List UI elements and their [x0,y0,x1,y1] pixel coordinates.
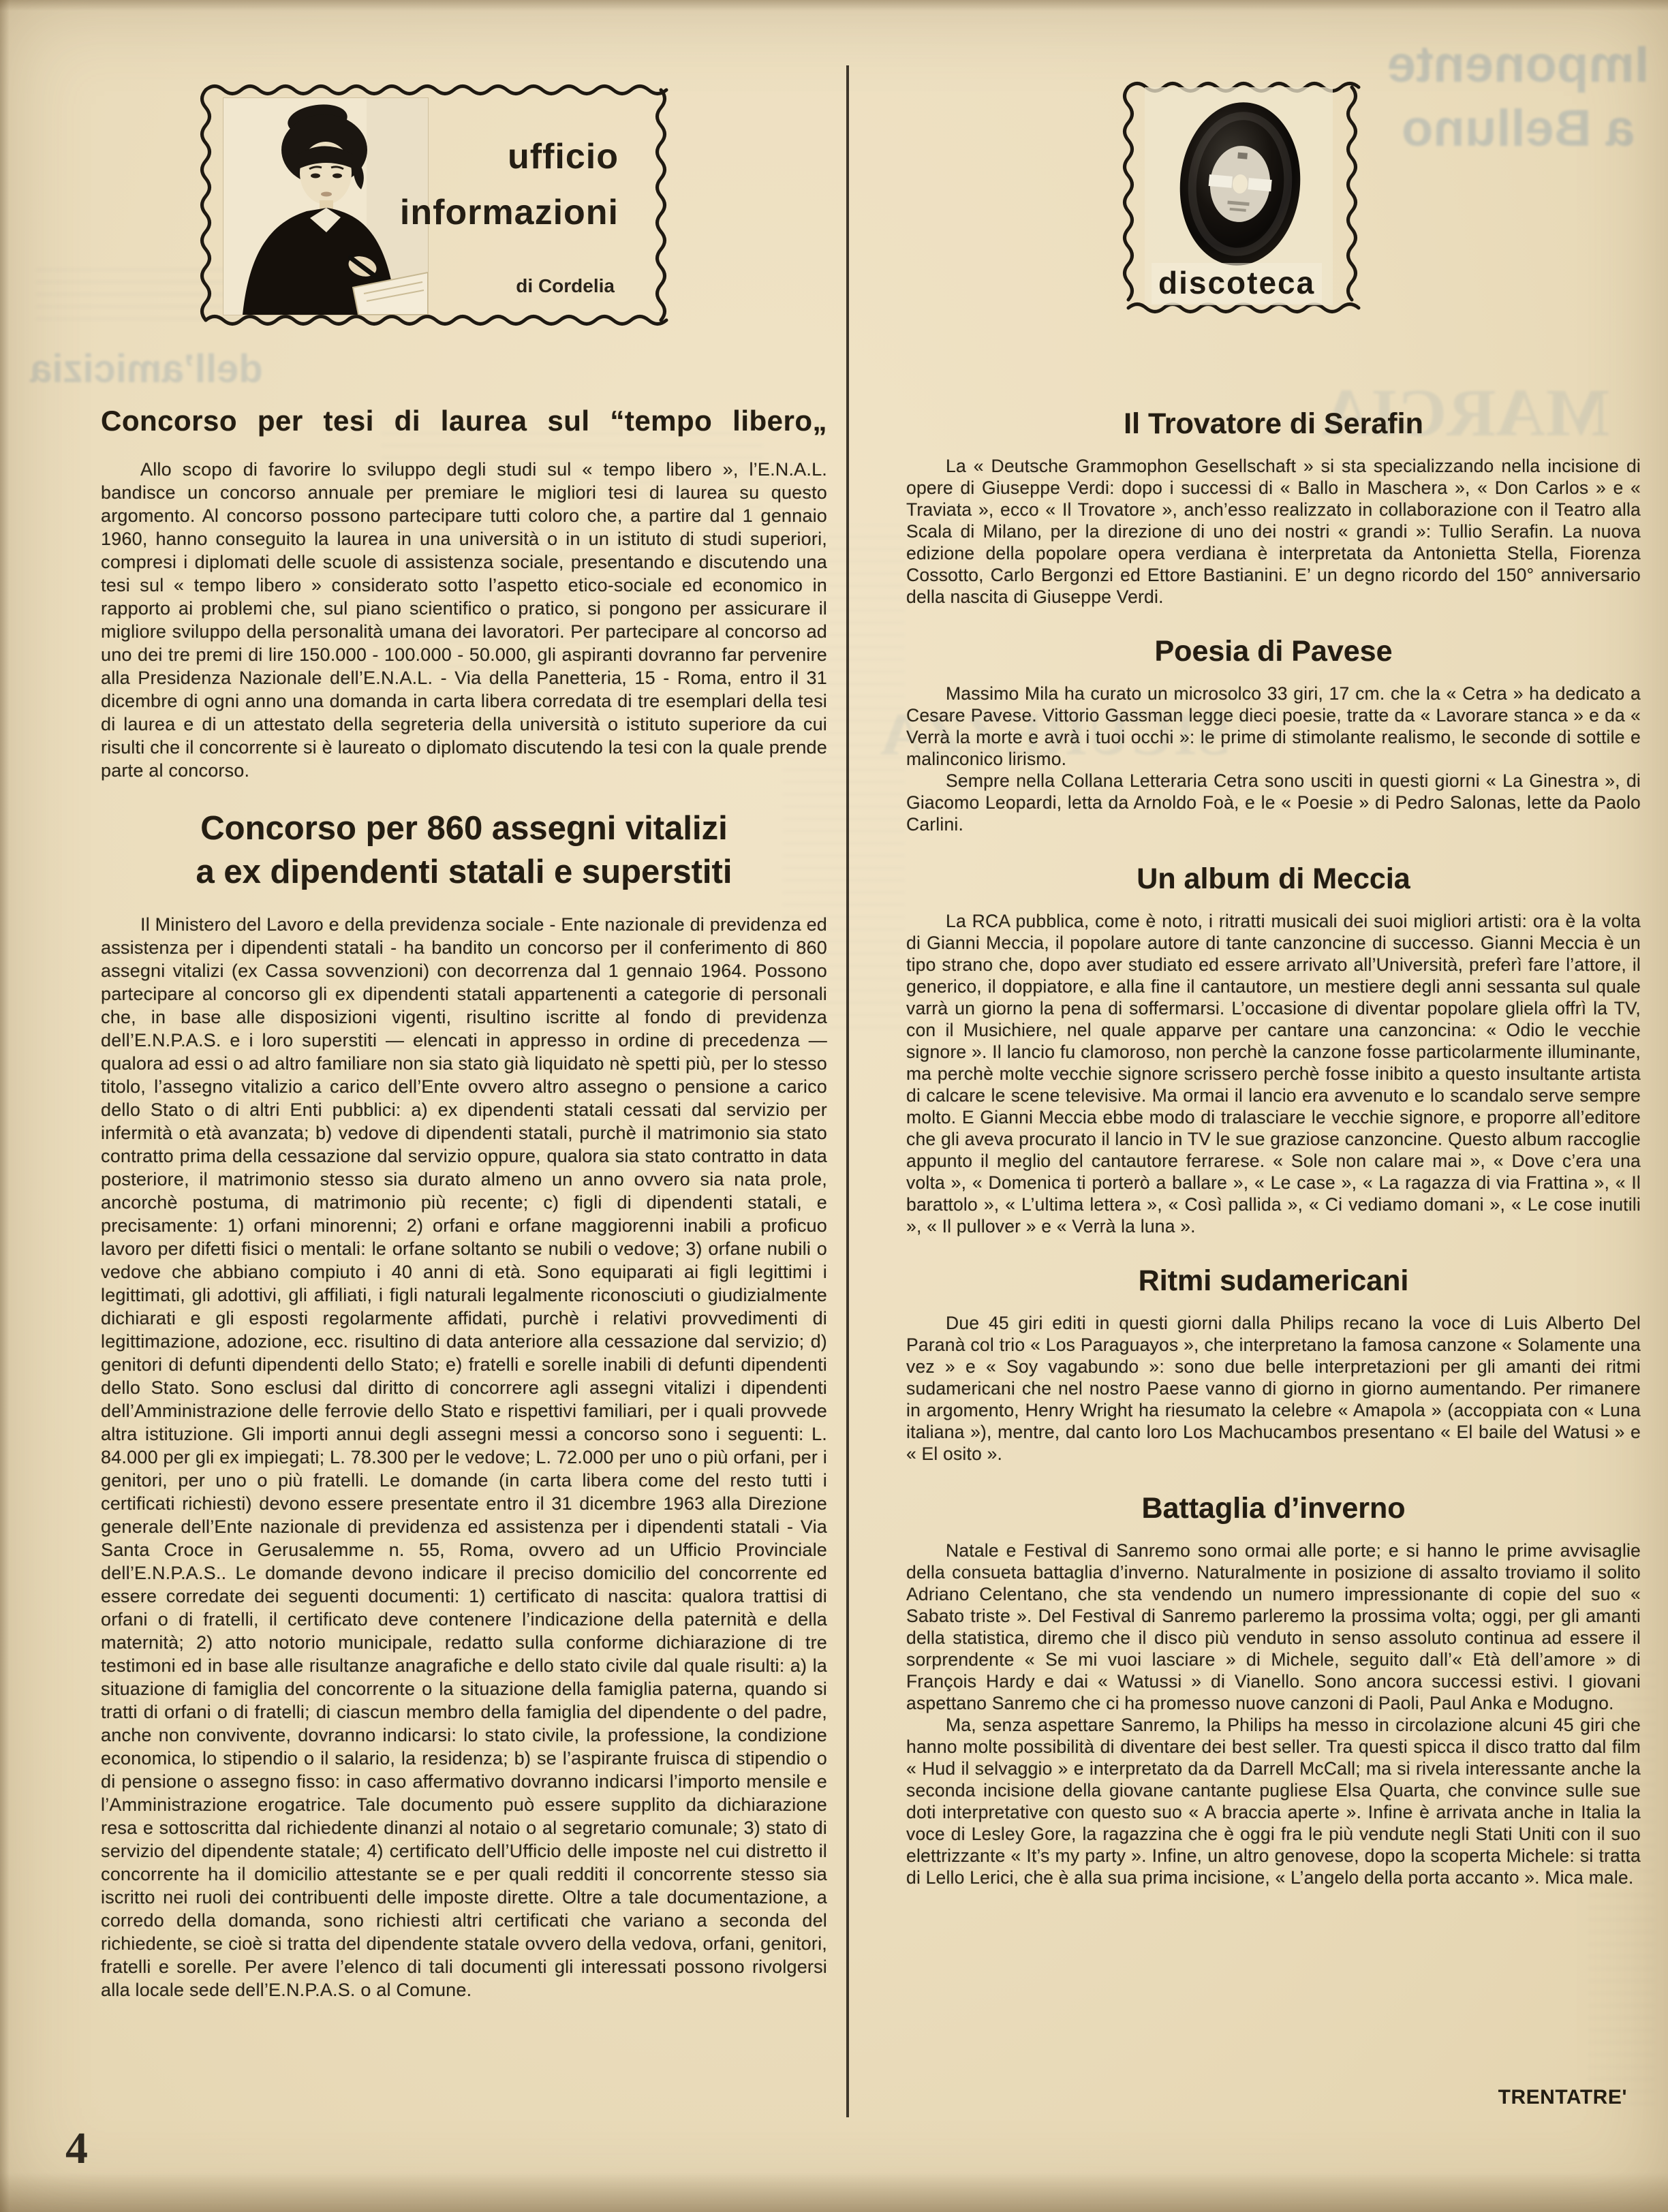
article-body: Allo scopo di favorire lo sviluppo degli… [101,458,827,782]
paper-edge-shading [0,2172,1668,2212]
bleedthrough-text-left: dell’amicizia [30,346,263,392]
article-body: La RCA pubblica, come è noto, i ritratti… [906,910,1641,1237]
article-body: Due 45 giri editi in questi giorni dalla… [906,1312,1641,1465]
section-byline: di Cordelia [516,275,615,297]
ufficio-informazioni-header: ufficio informazioni di Cordelia [199,83,668,327]
magazine-page: Imponente a Belluno dell’amicizia MARCIA… [0,0,1668,2212]
column-divider [846,65,849,2117]
article-body: Ma, senza aspettare Sanremo, la Philips … [906,1714,1641,1888]
ghost-line: Imponente [1375,33,1661,97]
title-line: Concorso per 860 assegni vitalizi [101,807,827,850]
ghost-line: a Belluno [1375,97,1661,161]
article-title-meccia: Un album di Meccia [906,862,1641,895]
discoteca-header: discoteca [1122,80,1359,315]
section-title: discoteca [1152,263,1322,304]
section-title-line: ufficio [508,136,619,177]
author-signature: TRENTATRE' [1498,2086,1627,2109]
left-column: Concorso per tesi di laurea sul “tempo l… [101,405,827,2001]
article-title-trovatore: Il Trovatore di Serafin [906,407,1641,440]
article-body: Il Ministero del Lavoro e della previden… [101,913,827,2001]
right-column: Il Trovatore di Serafin La « Deutsche Gr… [906,407,1641,1888]
article-body: Massimo Mila ha curato un microsolco 33 … [906,683,1641,770]
title-line: a ex dipendenti statali e superstiti [101,850,827,894]
article-body: La « Deutsche Grammophon Gesellschaft » … [906,455,1641,608]
section-title-line: informazioni [400,192,619,233]
bleedthrough-text-top-right: Imponente a Belluno [1375,33,1661,161]
article-title-tesi-di-laurea: Concorso per tesi di laurea sul “tempo l… [101,405,827,437]
article-title-battaglia-inverno: Battaglia d’inverno [906,1492,1641,1525]
woman-writing-illustration [223,98,428,315]
article-title-pavese: Poesia di Pavese [906,635,1641,668]
article-body: Natale e Festival di Sanremo sono ormai … [906,1540,1641,1714]
paper-edge-shading [0,0,1668,11]
cordelia-photo [223,98,428,315]
page-number: 4 [65,2123,88,2175]
article-title-assegni-vitalizi: Concorso per 860 assegni vitalizi a ex d… [101,807,827,894]
article-body: Sempre nella Collana Letteraria Cetra so… [906,770,1641,835]
article-title-ritmi-sudamericani: Ritmi sudamericani [906,1264,1641,1297]
paper-edge-shading [0,0,10,2212]
